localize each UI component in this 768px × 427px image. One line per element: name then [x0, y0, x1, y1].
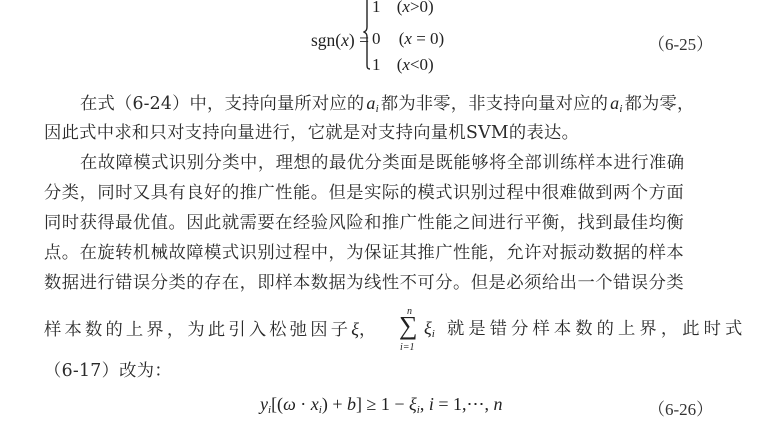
- paragraph-1-line-2: 因此式中求和只对支持向量进行，它就是对支持向量机SVM的表达。: [44, 123, 724, 143]
- inequality: ] ≥ 1 −: [356, 394, 409, 414]
- paragraph-2-line-5: 数据进行错误分类的存在，即样本数据为线性不可分。但是必须给出一个错误分类: [44, 273, 724, 293]
- sigma-term: ξi: [424, 318, 435, 340]
- comma: ,: [420, 394, 429, 414]
- xi-symbol: ξ: [351, 319, 359, 339]
- paragraph-2-line-6: 样本数的上界，为此引入松弛因子ξ，: [44, 319, 404, 340]
- case-value: 0: [372, 29, 381, 48]
- cond-rest: <0): [410, 55, 434, 74]
- var: a: [610, 93, 619, 113]
- case-condition: (x = 0): [399, 29, 444, 48]
- var-n: n: [493, 394, 502, 414]
- comma: ，: [359, 320, 379, 340]
- paragraph-2-line-4: 点。在旋转机械故障模式识别过程中，为保证其推广性能，允许对振动数据的样本: [44, 243, 724, 263]
- equation-number-6-25: （6-25）: [648, 30, 713, 55]
- var-a: ai: [366, 93, 378, 113]
- cond-rest: = 0): [412, 29, 444, 48]
- text: 在式（6-24）中，支持向量所对应的: [80, 94, 364, 114]
- xi-symbol: ξ: [424, 318, 432, 338]
- paragraph-2-line-6-tail: 就是错分样本数的上界，此时式: [447, 319, 746, 339]
- case-row-zero: 0 (x = 0): [372, 29, 444, 49]
- case-condition: (x<0): [397, 55, 434, 74]
- plus: ) +: [322, 394, 347, 414]
- summation: n ∑ i=1: [396, 306, 426, 354]
- text: 样本数的上界，为此引入松弛因子: [44, 320, 351, 340]
- text: 都为零，: [625, 94, 695, 114]
- var-y: y: [260, 394, 268, 414]
- case-row-negative: 1 (x<0): [372, 55, 434, 75]
- case-value: 1: [372, 0, 381, 16]
- subscript: i: [376, 103, 379, 115]
- var: a: [366, 93, 375, 113]
- curly-brace-icon: [363, 0, 371, 70]
- var: x: [404, 29, 412, 48]
- case-row-positive: 1 (x>0): [372, 0, 434, 17]
- var-a: ai: [610, 93, 622, 113]
- var: x: [402, 55, 410, 74]
- sgn-var: x: [341, 30, 349, 50]
- xi-symbol: ξ: [409, 394, 417, 414]
- paragraph-1-line-1: 在式（6-24）中，支持向量所对应的ai都为非零，非支持向量对应的ai都为零，: [80, 93, 724, 119]
- paragraph-2-line-3: 同时获得最优值。因此就需要在经验风险和推广性能之间进行平衡，找到最佳均衡: [44, 213, 724, 233]
- sgn-lhs: sgn(x) =: [311, 30, 369, 51]
- paragraph-2-line-1: 在故障模式识别分类中，理想的最优分类面是既能够将全部训练样本进行准确: [80, 153, 724, 173]
- range: = 1,⋯,: [434, 394, 494, 414]
- dot-operator: ·: [296, 394, 311, 414]
- cond-rest: >0): [410, 0, 434, 16]
- case-value: 1: [372, 55, 381, 74]
- text: 都为非零，非支持向量对应的: [381, 94, 608, 114]
- sigma-icon: ∑: [399, 312, 418, 340]
- paragraph-2-line-2: 分类，同时又具有良好的推广性能。但是实际的模式识别过程中很难做到两个方面: [44, 183, 724, 203]
- equation-6-26-body: yi[(ω · xi) + b] ≥ 1 − ξi, i = 1,⋯, n: [260, 394, 502, 416]
- omega-symbol: ω: [283, 394, 296, 414]
- subscript: i: [432, 328, 435, 340]
- var: x: [402, 0, 410, 16]
- bracket-open: [(: [271, 394, 283, 414]
- subscript: i: [619, 103, 622, 115]
- var-b: b: [347, 394, 356, 414]
- case-condition: (x>0): [397, 0, 434, 16]
- equation-number-6-26: （6-26）: [648, 395, 713, 420]
- sigma-lower-limit: i=1: [400, 342, 415, 353]
- var-x: x: [311, 394, 319, 414]
- sgn-func: sgn(: [311, 30, 341, 50]
- paragraph-2-line-7: （6-17）改为：: [44, 361, 724, 381]
